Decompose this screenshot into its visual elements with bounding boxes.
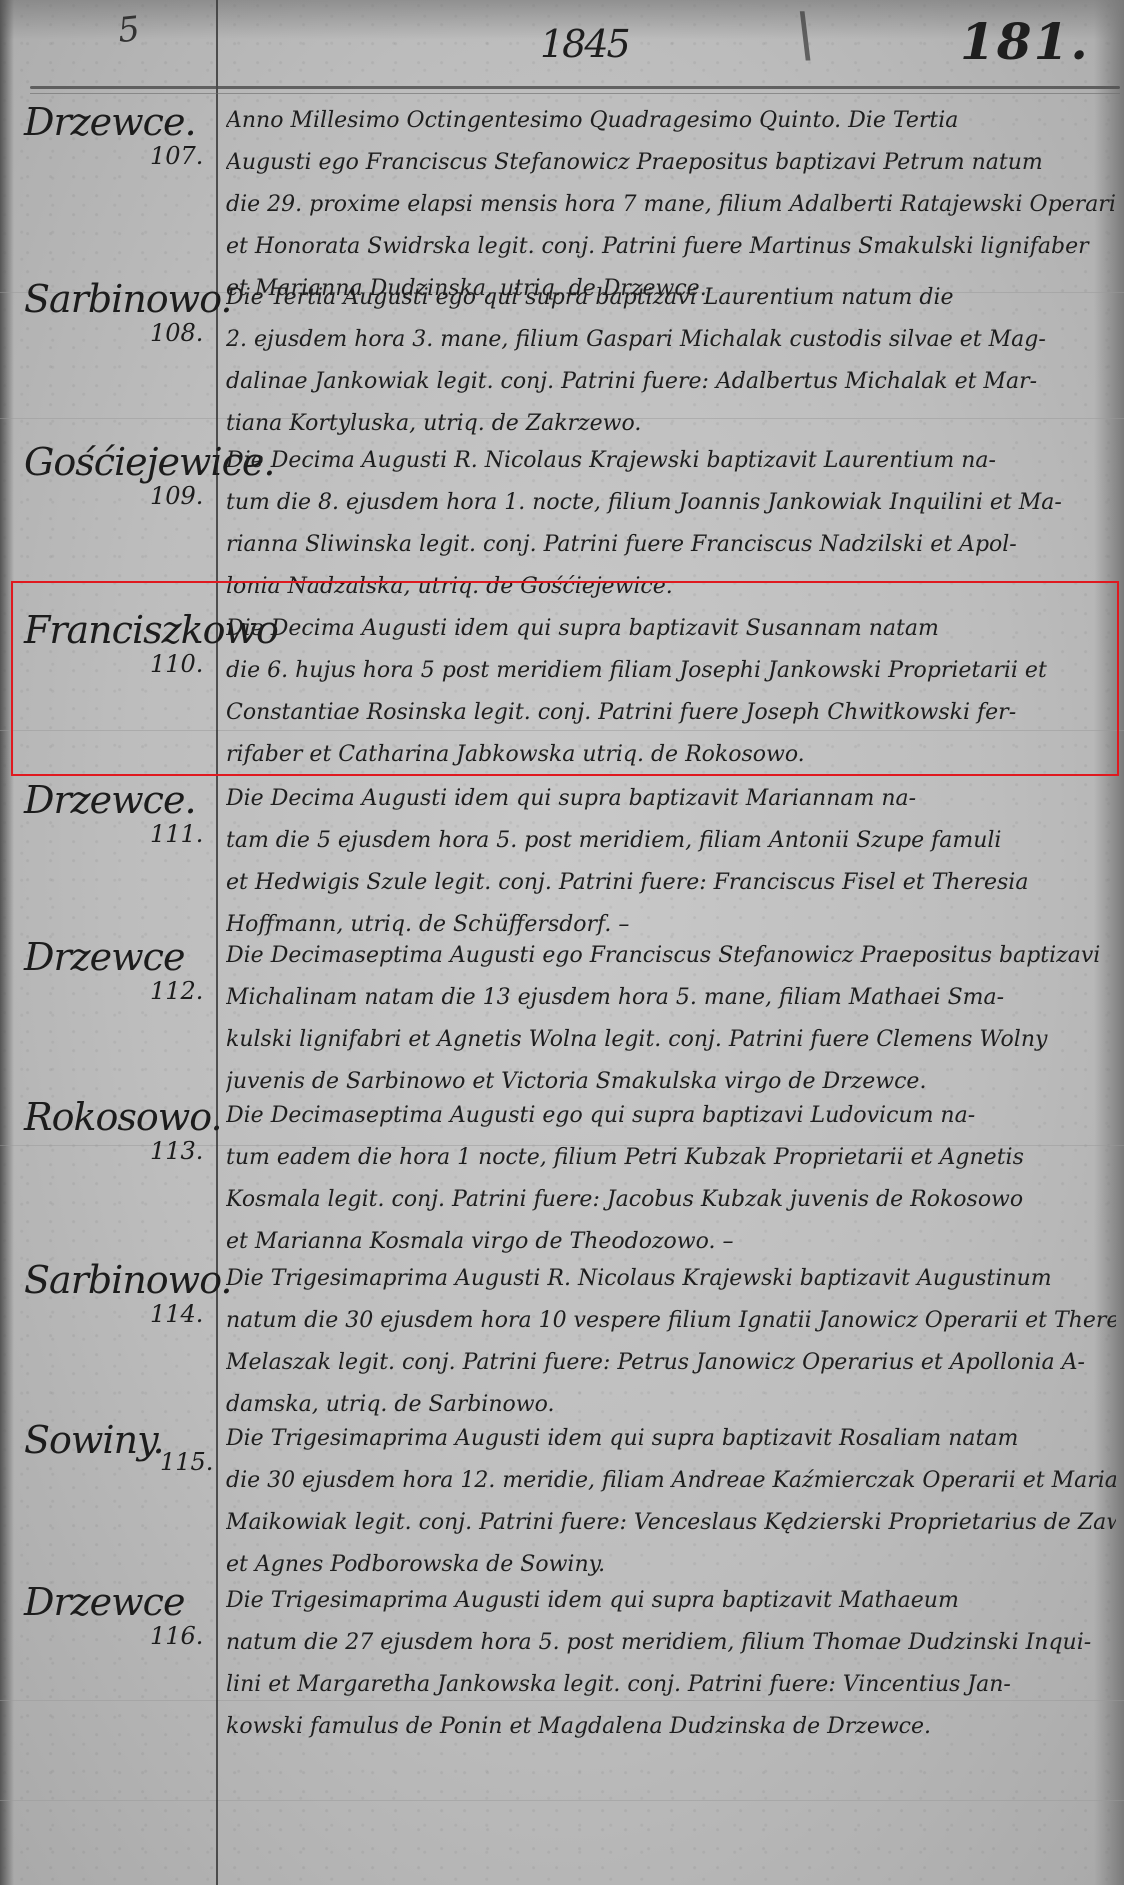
entry-number: 114. — [150, 1300, 202, 1328]
entry-line: Die Decima Augusti idem qui supra baptiz… — [226, 778, 1116, 820]
entry-place: Drzewce — [24, 1580, 184, 1624]
entry-line: Die Tertia Augusti ego qui supra baptiza… — [226, 277, 1116, 319]
entry-line: kowski famulus de Ponin et Magdalena Dud… — [226, 1706, 1116, 1748]
entry-line: et Hedwigis Szule legit. conj. Patrini f… — [226, 862, 1116, 904]
header-rule-thin — [30, 93, 1120, 94]
slash-mark: \ — [795, 0, 815, 70]
entry-line: tiana Kortyluska, utriq. de Zakrzewo. — [226, 403, 1116, 445]
entry-number: 108. — [150, 319, 202, 347]
ruled-line — [0, 1800, 1124, 1801]
page-number: 181. — [960, 12, 1090, 71]
entry-number: 107. — [150, 142, 202, 170]
entry-line: Anno Millesimo Octingentesimo Quadragesi… — [226, 100, 1116, 142]
highlight-box-entry-110 — [11, 581, 1119, 776]
entry-line: et Marianna Kosmala virgo de Theodozowo.… — [226, 1221, 1116, 1263]
entry-line: tum die 8. ejusdem hora 1. nocte, filium… — [226, 482, 1116, 524]
entry-line: et Honorata Swidrska legit. conj. Patrin… — [226, 226, 1116, 268]
page-left-edge — [0, 0, 14, 1885]
entry-text: Die Trigesimaprima Augusti idem qui supr… — [226, 1418, 1116, 1586]
entry-line: Michalinam natam die 13 ejusdem hora 5. … — [226, 977, 1116, 1019]
entry-line: 2. ejusdem hora 3. mane, filium Gaspari … — [226, 319, 1116, 361]
entry-line: natum die 30 ejusdem hora 10 vespere fil… — [226, 1300, 1116, 1342]
entry-line: Melaszak legit. conj. Patrini fuere: Pet… — [226, 1342, 1116, 1384]
entry-line: lini et Margaretha Jankowska legit. conj… — [226, 1664, 1116, 1706]
entry-text: Die Decimaseptima Augusti ego qui supra … — [226, 1095, 1116, 1263]
entry-number: 113. — [150, 1137, 202, 1165]
entry-place: Drzewce. — [24, 778, 196, 822]
entry-line: Die Decima Augusti R. Nicolaus Krajewski… — [226, 440, 1116, 482]
entry-line: Die Decimaseptima Augusti ego Franciscus… — [226, 935, 1116, 977]
entry-line: die 29. proxime elapsi mensis hora 7 man… — [226, 184, 1116, 226]
entry-number: 111. — [150, 820, 202, 848]
entry-text: Die Trigesimaprima Augusti idem qui supr… — [226, 1580, 1116, 1748]
entry-place: Sowiny. — [24, 1418, 164, 1462]
entry-line: natum die 27 ejusdem hora 5. post meridi… — [226, 1622, 1116, 1664]
entry-place: Drzewce. — [24, 100, 196, 144]
entry-line: Maikowiak legit. conj. Patrini fuere: Ve… — [226, 1502, 1116, 1544]
entry-line: Die Decimaseptima Augusti ego qui supra … — [226, 1095, 1116, 1137]
entry-place: Rokosowo. — [24, 1095, 222, 1139]
entry-number: 116. — [150, 1622, 202, 1650]
entry-line: rianna Sliwinska legit. conj. Patrini fu… — [226, 524, 1116, 566]
entry-text: Die Tertia Augusti ego qui supra baptiza… — [226, 277, 1116, 445]
entry-line: tam die 5 ejusdem hora 5. post meridiem,… — [226, 820, 1116, 862]
entry-line: tum eadem die hora 1 nocte, filium Petri… — [226, 1137, 1116, 1179]
entry-text: Die Trigesimaprima Augusti R. Nicolaus K… — [226, 1258, 1116, 1426]
register-page: 5 1845 \ 181. Drzewce. 107. Anno Millesi… — [0, 0, 1124, 1885]
entry-place: Sarbinowo. — [24, 277, 232, 321]
entry-line: kulski lignifabri et Agnetis Wolna legit… — [226, 1019, 1116, 1061]
entry-number: 109. — [150, 482, 202, 510]
entry-place: Sarbinowo. — [24, 1258, 232, 1302]
corner-mark: 5 — [116, 9, 142, 51]
entry-line: Die Trigesimaprima Augusti R. Nicolaus K… — [226, 1258, 1116, 1300]
entry-line: die 30 ejusdem hora 12. meridie, filiam … — [226, 1460, 1116, 1502]
entry-line: Kosmala legit. conj. Patrini fuere: Jaco… — [226, 1179, 1116, 1221]
entry-line: dalinae Jankowiak legit. conj. Patrini f… — [226, 361, 1116, 403]
entry-line: Die Trigesimaprima Augusti idem qui supr… — [226, 1580, 1116, 1622]
entry-text: Die Decima Augusti idem qui supra baptiz… — [226, 778, 1116, 946]
entry-number: 115. — [160, 1448, 212, 1476]
entry-text: Die Decimaseptima Augusti ego Franciscus… — [226, 935, 1116, 1103]
entry-line: Augusti ego Franciscus Stefanowicz Praep… — [226, 142, 1116, 184]
page-year: 1845 — [540, 22, 629, 66]
header-rule — [30, 86, 1120, 89]
entry-place: Drzewce — [24, 935, 184, 979]
entry-line: Die Trigesimaprima Augusti idem qui supr… — [226, 1418, 1116, 1460]
entry-number: 112. — [150, 977, 202, 1005]
